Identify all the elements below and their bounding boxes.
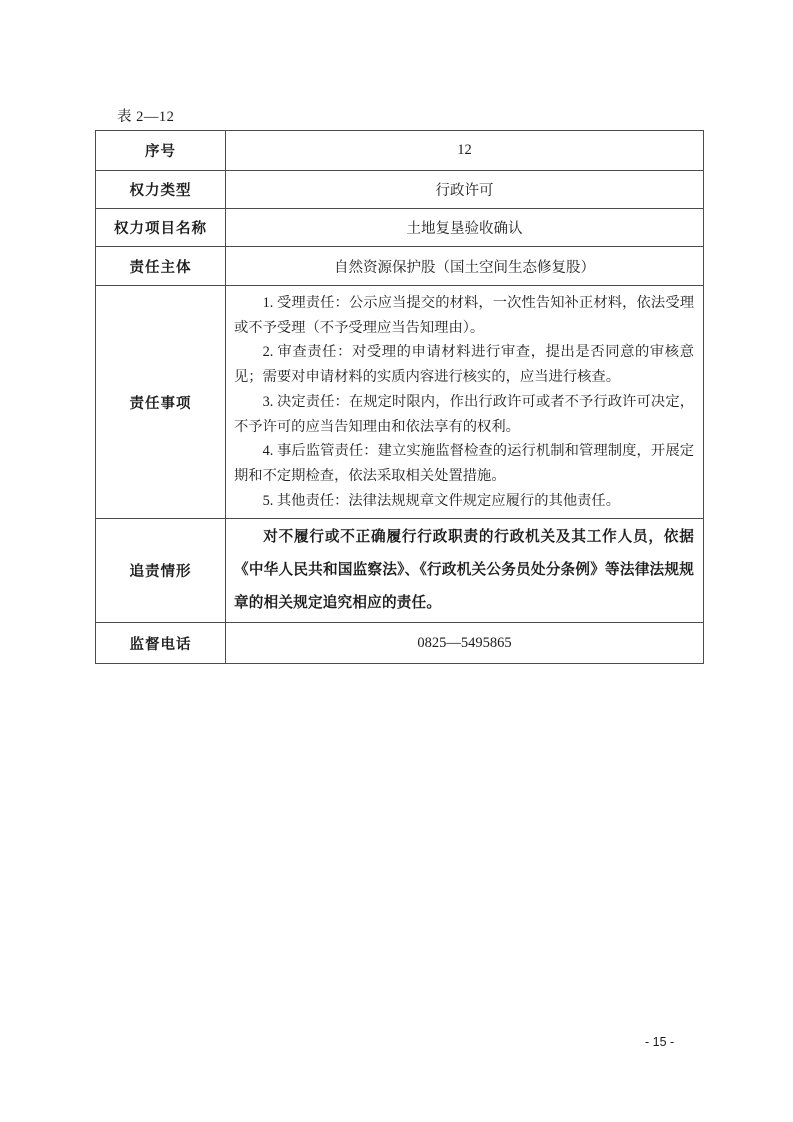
responsibility-table: 序号 12 权力类型 行政许可 权力项目名称 土地复垦验收确认 责任主体 自然资… <box>95 130 704 664</box>
page-number: - 15 - <box>645 1035 674 1049</box>
table-row-serial-number: 序号 12 <box>96 131 704 171</box>
accountability-text: 对不履行或不正确履行行政职责的行政机关及其工作人员，依据《中华人民共和国监察法》… <box>234 521 694 620</box>
row-value-responsibility-items: 1. 受理责任：公示应当提交的材料，一次性告知补正材料，依法受理或不予受理（不予… <box>226 286 704 519</box>
row-label-accountability: 追责情形 <box>96 519 226 623</box>
duty-item-decision: 3. 决定责任：在规定时限内，作出行政许可或者不予行政许可决定，不予许可的应当告… <box>234 390 694 439</box>
row-label-responsible-subject: 责任主体 <box>96 247 226 286</box>
row-label-supervision-phone: 监督电话 <box>96 623 226 664</box>
row-label-power-item-name: 权力项目名称 <box>96 209 226 247</box>
row-label-serial-number: 序号 <box>96 131 226 171</box>
table-row-power-type: 权力类型 行政许可 <box>96 171 704 209</box>
duty-item-acceptance: 1. 受理责任：公示应当提交的材料，一次性告知补正材料，依法受理或不予受理（不予… <box>234 291 694 340</box>
row-value-power-type: 行政许可 <box>226 171 704 209</box>
table-row-responsible-subject: 责任主体 自然资源保护股（国土空间生态修复股） <box>96 247 704 286</box>
duty-item-supervision: 4. 事后监管责任：建立实施监督检查的运行机制和管理制度，开展定期和不定期检查，… <box>234 439 694 488</box>
table-caption: 表 2—12 <box>117 105 174 126</box>
table-row-supervision-phone: 监督电话 0825—5495865 <box>96 623 704 664</box>
table-row-responsibility-items: 责任事项 1. 受理责任：公示应当提交的材料，一次性告知补正材料，依法受理或不予… <box>96 286 704 519</box>
duty-item-other: 5. 其他责任：法律法规规章文件规定应履行的其他责任。 <box>234 489 694 514</box>
row-label-power-type: 权力类型 <box>96 171 226 209</box>
row-value-accountability: 对不履行或不正确履行行政职责的行政机关及其工作人员，依据《中华人民共和国监察法》… <box>226 519 704 623</box>
row-value-power-item-name: 土地复垦验收确认 <box>226 209 704 247</box>
duty-item-review: 2. 审查责任：对受理的申请材料进行审查，提出是否同意的审核意见；需要对申请材料… <box>234 340 694 389</box>
table-row-accountability: 追责情形 对不履行或不正确履行行政职责的行政机关及其工作人员，依据《中华人民共和… <box>96 519 704 623</box>
row-value-supervision-phone: 0825—5495865 <box>226 623 704 664</box>
row-label-responsibility-items: 责任事项 <box>96 286 226 519</box>
document-page: 表 2—12 序号 12 权力类型 行政许可 权力项目名称 土地复垦验收确认 责… <box>0 0 793 1122</box>
row-value-serial-number: 12 <box>226 131 704 171</box>
table-row-power-item-name: 权力项目名称 土地复垦验收确认 <box>96 209 704 247</box>
row-value-responsible-subject: 自然资源保护股（国土空间生态修复股） <box>226 247 704 286</box>
